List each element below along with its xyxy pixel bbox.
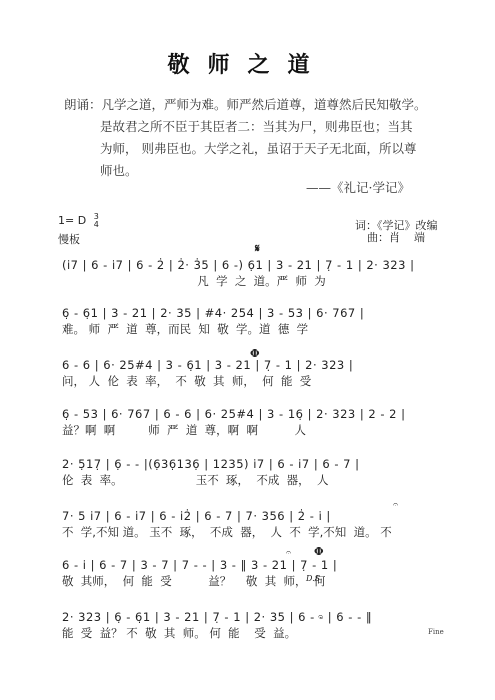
song-title: 敬师之道 — [0, 48, 495, 79]
notation-line: 6̣ - 53 | 6· 767 | 6 - 6 | 6· 25#4 | 3 -… — [62, 406, 462, 422]
score-system: 2· 323 | 6̣ - 6̣1 | 3 - 21 | 7̣ - 1 | 2·… — [62, 609, 462, 641]
lyrics-line: 不 学,不知 道。 玉不 琢， 不成 器， 人 不 学,不知 道。 不 — [62, 524, 462, 540]
lyrics-line: 伦 表 率。 玉不 琢， 不成 器， 人 — [62, 472, 462, 488]
recitation-label: 朗诵： — [64, 97, 102, 112]
recitation-source: ——《礼记·学记》 — [306, 178, 410, 196]
composer: 曲：肖 端 — [355, 232, 438, 244]
dal-segno-mark: D.S — [306, 574, 320, 583]
key-signature: 1= D 34 — [58, 213, 99, 229]
recitation-line: 为师， 则弗臣也。大学之礼，虽诏于天子无北面，所以尊 — [64, 138, 444, 160]
lyrics-line: 难。 师 严 道 尊，而民 知 敬 学。道 德 学 — [62, 321, 462, 337]
recitation-line: 是故君之所不臣于其臣者二：当其为尸，则弗臣也；当其 — [64, 116, 444, 138]
score-system: (i̇7 | 6 - i̇7 | 6 - 2̇ | 2̇· 3̇5 | 6 -)… — [62, 257, 462, 289]
time-signature: 34 — [94, 213, 99, 229]
segno-icon: 𝄋 — [255, 242, 260, 256]
notation-line: 6̣ - 6̣1 | 3 - 21 | 2· 35 | #4· 254 | 3 … — [62, 305, 462, 321]
notation-line: 2· 5̣17̣ | 6̣ - - |(6̣36̣136̣ | 1235) i̇… — [62, 456, 462, 472]
score-system: 6 - i̇ | 6 - 7 | 3 - 7 | 7 - - | 3 - ‖ 3… — [62, 557, 462, 589]
score-system: 2· 5̣17̣ | 6̣ - - |(6̣36̣136̣ | 1235) i̇… — [62, 456, 462, 488]
notation-line: 6 - 6 | 6· 25#4 | 3 - 6̣1 | 3 - 21 | 7̣ … — [62, 357, 462, 373]
notation-line: 2· 323 | 6̣ - 6̣1 | 3 - 21 | 7̣ - 1 | 2·… — [62, 609, 462, 625]
score-system: 6̣ - 6̣1 | 3 - 21 | 2· 35 | #4· 254 | 3 … — [62, 305, 462, 337]
recitation-line: 朗诵：凡学之道，严师为难。师严然后道尊，道尊然后民知敬学。 — [64, 94, 444, 116]
tempo-marking: 慢板 — [58, 231, 80, 247]
lyrics-line: 能 受 益？ 不 敬 其 师。 何 能 受 益。 — [62, 625, 462, 641]
notation-line: 6 - i̇ | 6 - 7 | 3 - 7 | 7 - - | 3 - ‖ 3… — [62, 557, 462, 573]
lyrics-line: 凡 学 之 道。严 师 为 — [62, 273, 462, 289]
lyrics-line: 问， 人 伦 表 率， 不 敬 其 师， 何 能 受 — [62, 373, 462, 389]
fine-mark: Fine — [428, 628, 444, 636]
lyrics-line: 益？啊 啊 师 严 道 尊，啊 啊 人 — [62, 422, 462, 438]
score-system: 7· 5 i̇7 | 6 - i̇7 | 6 - i̇2̇ | 6 - 7 | … — [62, 508, 462, 540]
score-system: 6̣ - 53 | 6· 767 | 6 - 6 | 6· 25#4 | 3 -… — [62, 406, 462, 438]
recitation-block: 朗诵：凡学之道，严师为难。师严然后道尊，道尊然后民知敬学。 是故君之所不臣于其臣… — [64, 94, 444, 182]
notation-line: (i̇7 | 6 - i̇7 | 6 - 2̇ | 2̇· 3̇5 | 6 -)… — [62, 257, 462, 273]
notation-line: 7· 5 i̇7 | 6 - i̇7 | 6 - i̇2̇ | 6 - 7 | … — [62, 508, 462, 524]
score-system: 6 - 6 | 6· 25#4 | 3 - 6̣1 | 3 - 21 | 7̣ … — [62, 357, 462, 389]
credits: 词：《学记》改编 曲：肖 端 — [355, 220, 438, 244]
lyrics-line: 敬 其师， 何 能 受 益？ 敬 其 师， 何 — [62, 573, 462, 589]
